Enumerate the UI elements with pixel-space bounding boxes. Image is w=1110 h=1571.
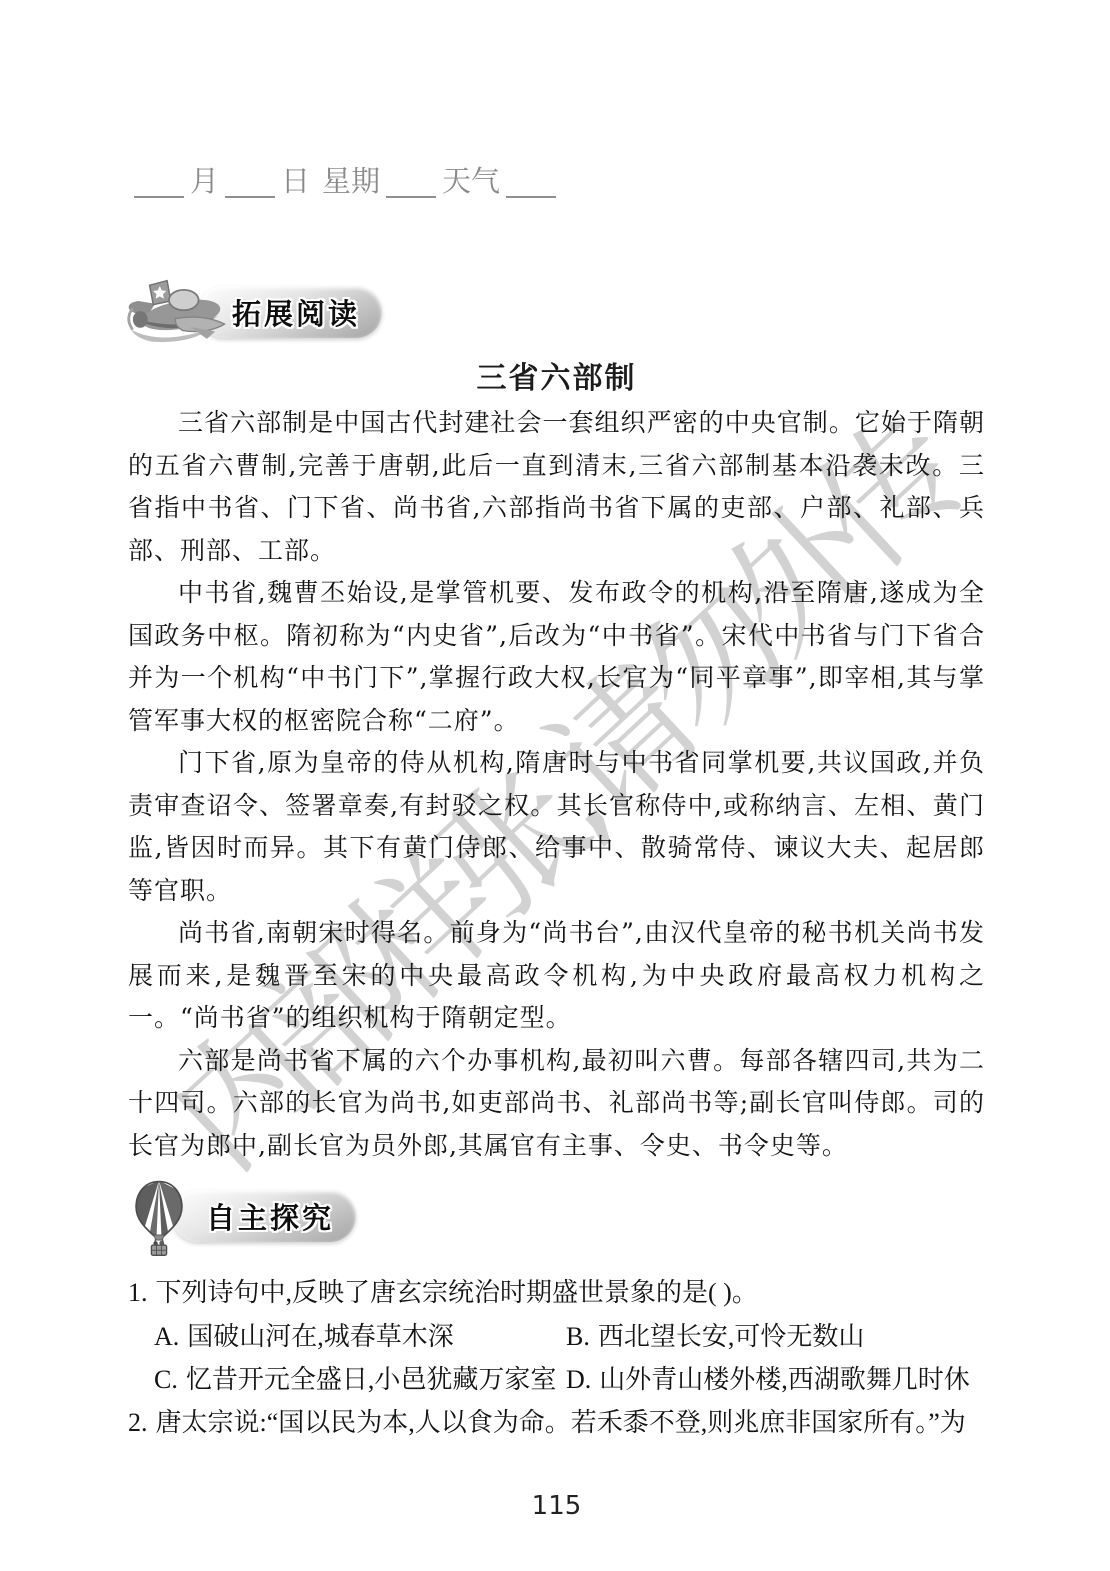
questions-section: 1.下列诗句中,反映了唐玄宗统治时期盛世景象的是( )。 A.国破山河在,城春草… bbox=[128, 1271, 985, 1445]
article-paragraph: 尚书省,南朝宋时得名。前身为“尚书台”,由汉代皇帝的秘书机关尚书发展而来,是魏晋… bbox=[128, 912, 985, 1040]
date-weather-header: 月 日 星期 天气 bbox=[134, 158, 985, 198]
self-exploration-pill: 自主探究 bbox=[172, 1190, 356, 1242]
option-b-label: B. bbox=[566, 1322, 590, 1351]
article-body: 三省六部制是中国古代封建社会一套组织严密的中央官制。它始于隋朝的五省六曹制,完善… bbox=[128, 402, 985, 1167]
option-d-label: D. bbox=[566, 1365, 591, 1394]
option-c-label: C. bbox=[154, 1365, 178, 1394]
workbook-page: 内部样张,请勿外传 月 日 星期 天气 bbox=[0, 0, 1110, 1571]
question-1: 1.下列诗句中,反映了唐玄宗统治时期盛世景象的是( )。 bbox=[128, 1271, 985, 1315]
question-2-text: 唐太宗说:“国以民为本,人以食为命。若禾黍不登,则兆庶非国家所有。”为 bbox=[156, 1408, 966, 1437]
article-paragraph: 门下省,原为皇帝的侍从机构,隋唐时与中书省同掌机要,共议国政,并负责审查诏令、签… bbox=[128, 742, 985, 912]
option-c: C.忆昔开元全盛日,小邑犹藏万家室 bbox=[154, 1358, 566, 1401]
weather-blank-line bbox=[506, 166, 556, 198]
option-b-text: 西北望长安,可怜无数山 bbox=[598, 1322, 865, 1351]
week-label: 星期 bbox=[322, 164, 380, 198]
option-b: B.西北望长安,可怜无数山 bbox=[566, 1315, 985, 1358]
option-a: A.国破山河在,城春草木深 bbox=[154, 1315, 566, 1358]
self-exploration-banner: 自主探究 bbox=[128, 1177, 985, 1255]
airplane-icon bbox=[124, 276, 238, 350]
month-label: 月 bbox=[190, 164, 219, 198]
option-d-text: 山外青山楼外楼,西湖歌舞几时休 bbox=[599, 1365, 970, 1394]
option-a-label: A. bbox=[154, 1322, 179, 1351]
weather-label: 天气 bbox=[442, 164, 500, 198]
month-blank-line bbox=[134, 166, 184, 198]
page-content: 月 日 星期 天气 拓展阅读 bbox=[0, 158, 1110, 1521]
day-blank-line bbox=[225, 166, 275, 198]
extended-reading-banner: 拓展阅读 bbox=[128, 276, 985, 348]
option-d: D.山外青山楼外楼,西湖歌舞几时休 bbox=[566, 1358, 985, 1401]
question-2-number: 2. bbox=[128, 1408, 148, 1437]
question-1-options: A.国破山河在,城春草木深 B.西北望长安,可怜无数山 C.忆昔开元全盛日,小邑… bbox=[128, 1315, 985, 1401]
day-label: 日 bbox=[281, 164, 310, 198]
page-number: 115 bbox=[128, 1491, 985, 1521]
question-2: 2.唐太宗说:“国以民为本,人以食为命。若禾黍不登,则兆庶非国家所有。”为 bbox=[128, 1401, 985, 1445]
extended-reading-title: 拓展阅读 bbox=[232, 292, 360, 333]
option-a-text: 国破山河在,城春草木深 bbox=[187, 1322, 454, 1351]
article-paragraph: 六部是尚书省下属的六个办事机构,最初叫六曹。每部各辖四司,共为二十四司。六部的长… bbox=[128, 1040, 985, 1168]
self-exploration-title: 自主探究 bbox=[206, 1196, 334, 1237]
article-paragraph: 中书省,魏曹丕始设,是掌管机要、发布政令的机构,沿至隋唐,遂成为全国政务中枢。隋… bbox=[128, 572, 985, 742]
option-c-text: 忆昔开元全盛日,小邑犹藏万家室 bbox=[186, 1365, 557, 1394]
article-paragraph: 三省六部制是中国古代封建社会一套组织严密的中央官制。它始于隋朝的五省六曹制,完善… bbox=[128, 402, 985, 572]
article-title: 三省六部制 bbox=[128, 358, 985, 400]
question-1-number: 1. bbox=[128, 1278, 148, 1307]
hot-air-balloon-icon bbox=[128, 1179, 190, 1257]
question-1-text: 下列诗句中,反映了唐玄宗统治时期盛世景象的是( )。 bbox=[156, 1278, 758, 1307]
week-blank-line bbox=[386, 166, 436, 198]
